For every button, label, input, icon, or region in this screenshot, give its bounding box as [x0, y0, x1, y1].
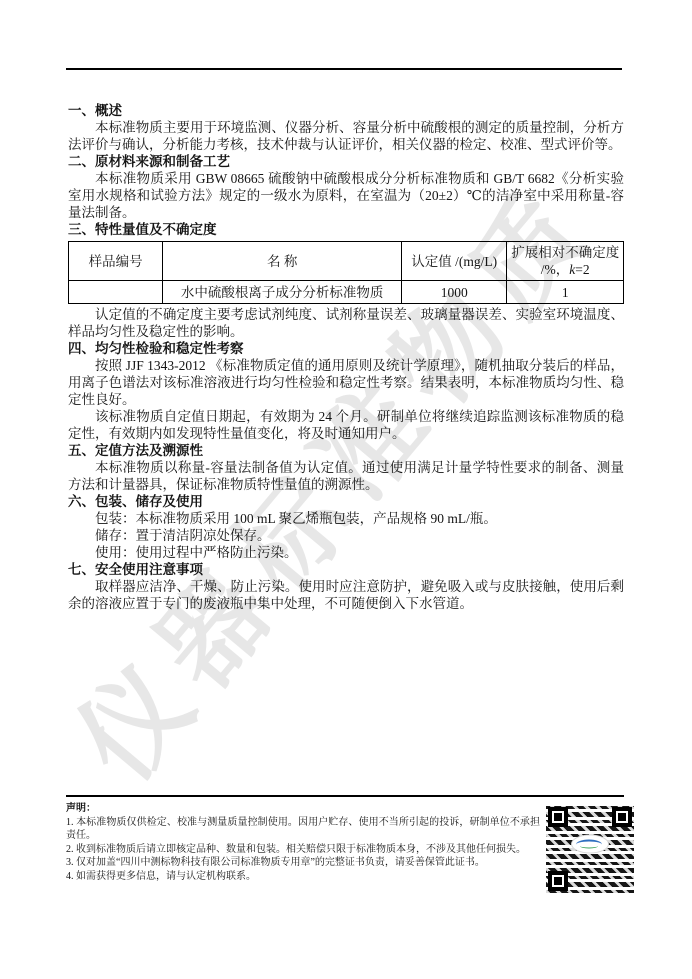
section-overview-heading: 一、概述: [68, 102, 624, 119]
table-header-row: 样品编号 名 称 认定值 /(mg/L) 扩展相对不确定度 /%，k=2: [69, 242, 624, 281]
uncertainty-note-paragraph: 认定值的不确定度主要考虑试剂纯度、试剂称量误差、玻璃量器误差、实验室环境温度、样…: [68, 306, 624, 340]
statement-title: 声明：: [66, 802, 540, 816]
cell-material-name: 水中硫酸根离子成分分析标准物质: [163, 281, 402, 304]
qr-finder-top-right: [612, 807, 632, 827]
qr-code: [546, 805, 634, 893]
section-safety-heading: 七、安全使用注意事项: [68, 561, 624, 578]
column-header-name: 名 称: [163, 242, 402, 281]
homogeneity-paragraph-1: 按照 JJF 1343-2012 《标准物质定值的通用原则及统计学原理》，随机抽…: [68, 357, 624, 408]
cell-sample-id: [69, 281, 163, 304]
statement-item-3: 3. 仅对加盖“四川中测标物科技有限公司标准物质专用章”的完整证书负责，请妥善保…: [66, 856, 540, 870]
section-packaging-heading: 六、包装、储存及使用: [68, 493, 624, 510]
cell-certified-value: 1000: [401, 281, 506, 304]
header-divider: [66, 68, 622, 70]
storage-line: 储存：置于清洁阴凉处保存。: [68, 527, 624, 544]
column-header-uncertainty: 扩展相对不确定度 /%，k=2: [507, 242, 624, 281]
qr-finder-bottom-left: [548, 871, 568, 891]
statement-item-1: 1. 本标准物质仅供检定、校准与测量质量控制使用。因用户贮存、使用不当所引起的投…: [66, 816, 540, 843]
section-materials-heading: 二、原材料来源和制备工艺: [68, 153, 624, 170]
document-body: 一、概述 本标准物质主要用于环境监测、仪器分析、容量分析中硫酸根的测定的质量控制…: [68, 102, 624, 612]
section-property-values-heading: 三、特性量值及不确定度: [68, 221, 624, 238]
statement-item-4: 4. 如需获得更多信息，请与认定机构联系。: [66, 870, 540, 884]
column-header-sample-id: 样品编号: [69, 242, 163, 281]
table-row: 水中硫酸根离子成分分析标准物质 1000 1: [69, 281, 624, 304]
property-value-table: 样品编号 名 称 认定值 /(mg/L) 扩展相对不确定度 /%，k=2 水中硫…: [68, 241, 624, 304]
column-header-certified-value: 认定值 /(mg/L): [401, 242, 506, 281]
homogeneity-paragraph-2: 该标准物质自定值日期起，有效期为 24 个月。研制单位将继续追踪监测该标准物质的…: [68, 408, 624, 442]
section-materials-paragraph: 本标准物质采用 GBW 08665 硫酸钠中硫酸根成分分析标准物质和 GB/T …: [68, 170, 624, 221]
section-overview-paragraph: 本标准物质主要用于环境监测、仪器分析、容量分析中硫酸根的测定的质量控制，分析方法…: [68, 119, 624, 153]
section-traceability-heading: 五、定值方法及溯源性: [68, 442, 624, 459]
cell-uncertainty: 1: [507, 281, 624, 304]
safety-paragraph: 取样器应洁净、干燥、防止污染。使用时应注意防护，避免吸入或与皮肤接触，使用后剩余…: [68, 578, 624, 612]
certificate-page: 仪器标准物质 一、概述 本标准物质主要用于环境监测、仪器分析、容量分析中硫酸根的…: [0, 0, 692, 979]
packaging-line: 包装：本标准物质采用 100 mL 聚乙烯瓶包装，产品规格 90 mL/瓶。: [68, 510, 624, 527]
qr-center-logo: [571, 834, 609, 853]
uncertainty-k-value: =2: [575, 262, 589, 277]
usage-line: 使用：使用过程中严格防止污染。: [68, 544, 624, 561]
uncertainty-header-line2: /%，: [541, 262, 570, 277]
footer: 声明： 1. 本标准物质仅供检定、校准与测量质量控制使用。因用户贮存、使用不当所…: [66, 795, 624, 883]
qr-finder-top-left: [548, 807, 568, 827]
disclaimer-notes: 声明： 1. 本标准物质仅供检定、校准与测量质量控制使用。因用户贮存、使用不当所…: [66, 802, 540, 883]
section-homogeneity-heading: 四、均匀性检验和稳定性考察: [68, 340, 624, 357]
footer-divider: [66, 795, 624, 797]
statement-item-2: 2. 收到标准物质后请立即核定品种、数量和包装。相关赔偿只限于标准物质本身，不涉…: [66, 843, 540, 857]
traceability-paragraph: 本标准物质以称量-容量法制备值为认定值。通过使用满足计量学特性要求的制备、测量方…: [68, 459, 624, 493]
uncertainty-header-line1: 扩展相对不确定度: [511, 245, 619, 260]
